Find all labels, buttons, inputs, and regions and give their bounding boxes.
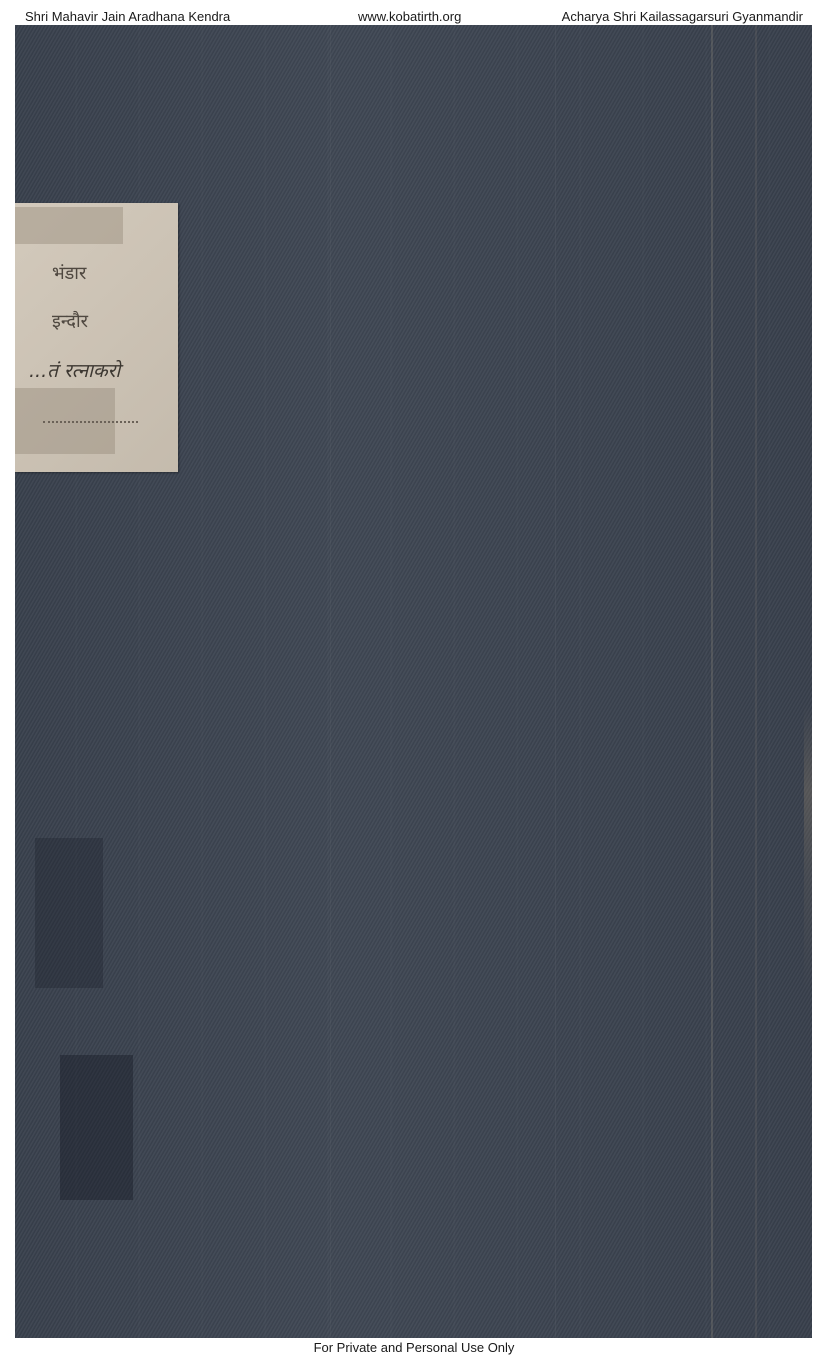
- book-cover: भंडार इन्दौर ...तं रत्नाकरो: [15, 25, 812, 1338]
- cover-stripe: [755, 25, 757, 1338]
- page-footer: For Private and Personal Use Only: [0, 1340, 828, 1355]
- footer-notice: For Private and Personal Use Only: [314, 1340, 515, 1355]
- label-line-title: ...तं रत्नाकरो: [29, 357, 120, 383]
- page-header: Shri Mahavir Jain Aradhana Kendra www.ko…: [0, 6, 828, 26]
- cover-stain: [35, 838, 103, 988]
- cover-stain: [60, 1055, 133, 1200]
- catalog-label: भंडार इन्दौर ...तं रत्नाकरो: [15, 203, 178, 472]
- header-publisher: Shri Mahavir Jain Aradhana Kendra: [25, 9, 230, 24]
- cover-stripe: [555, 25, 556, 1338]
- cover-stripe: [711, 25, 713, 1338]
- label-tape: [15, 207, 123, 244]
- label-line-bhandar: भंडार: [52, 261, 86, 285]
- label-dotted-line: [43, 421, 138, 423]
- header-library: Acharya Shri Kailassagarsuri Gyanmandir: [562, 9, 803, 24]
- cover-stripe: [330, 25, 331, 1338]
- label-line-indore: इन्दौर: [52, 309, 88, 333]
- cover-edge-wear: [804, 705, 812, 995]
- header-website[interactable]: www.kobatirth.org: [358, 9, 461, 24]
